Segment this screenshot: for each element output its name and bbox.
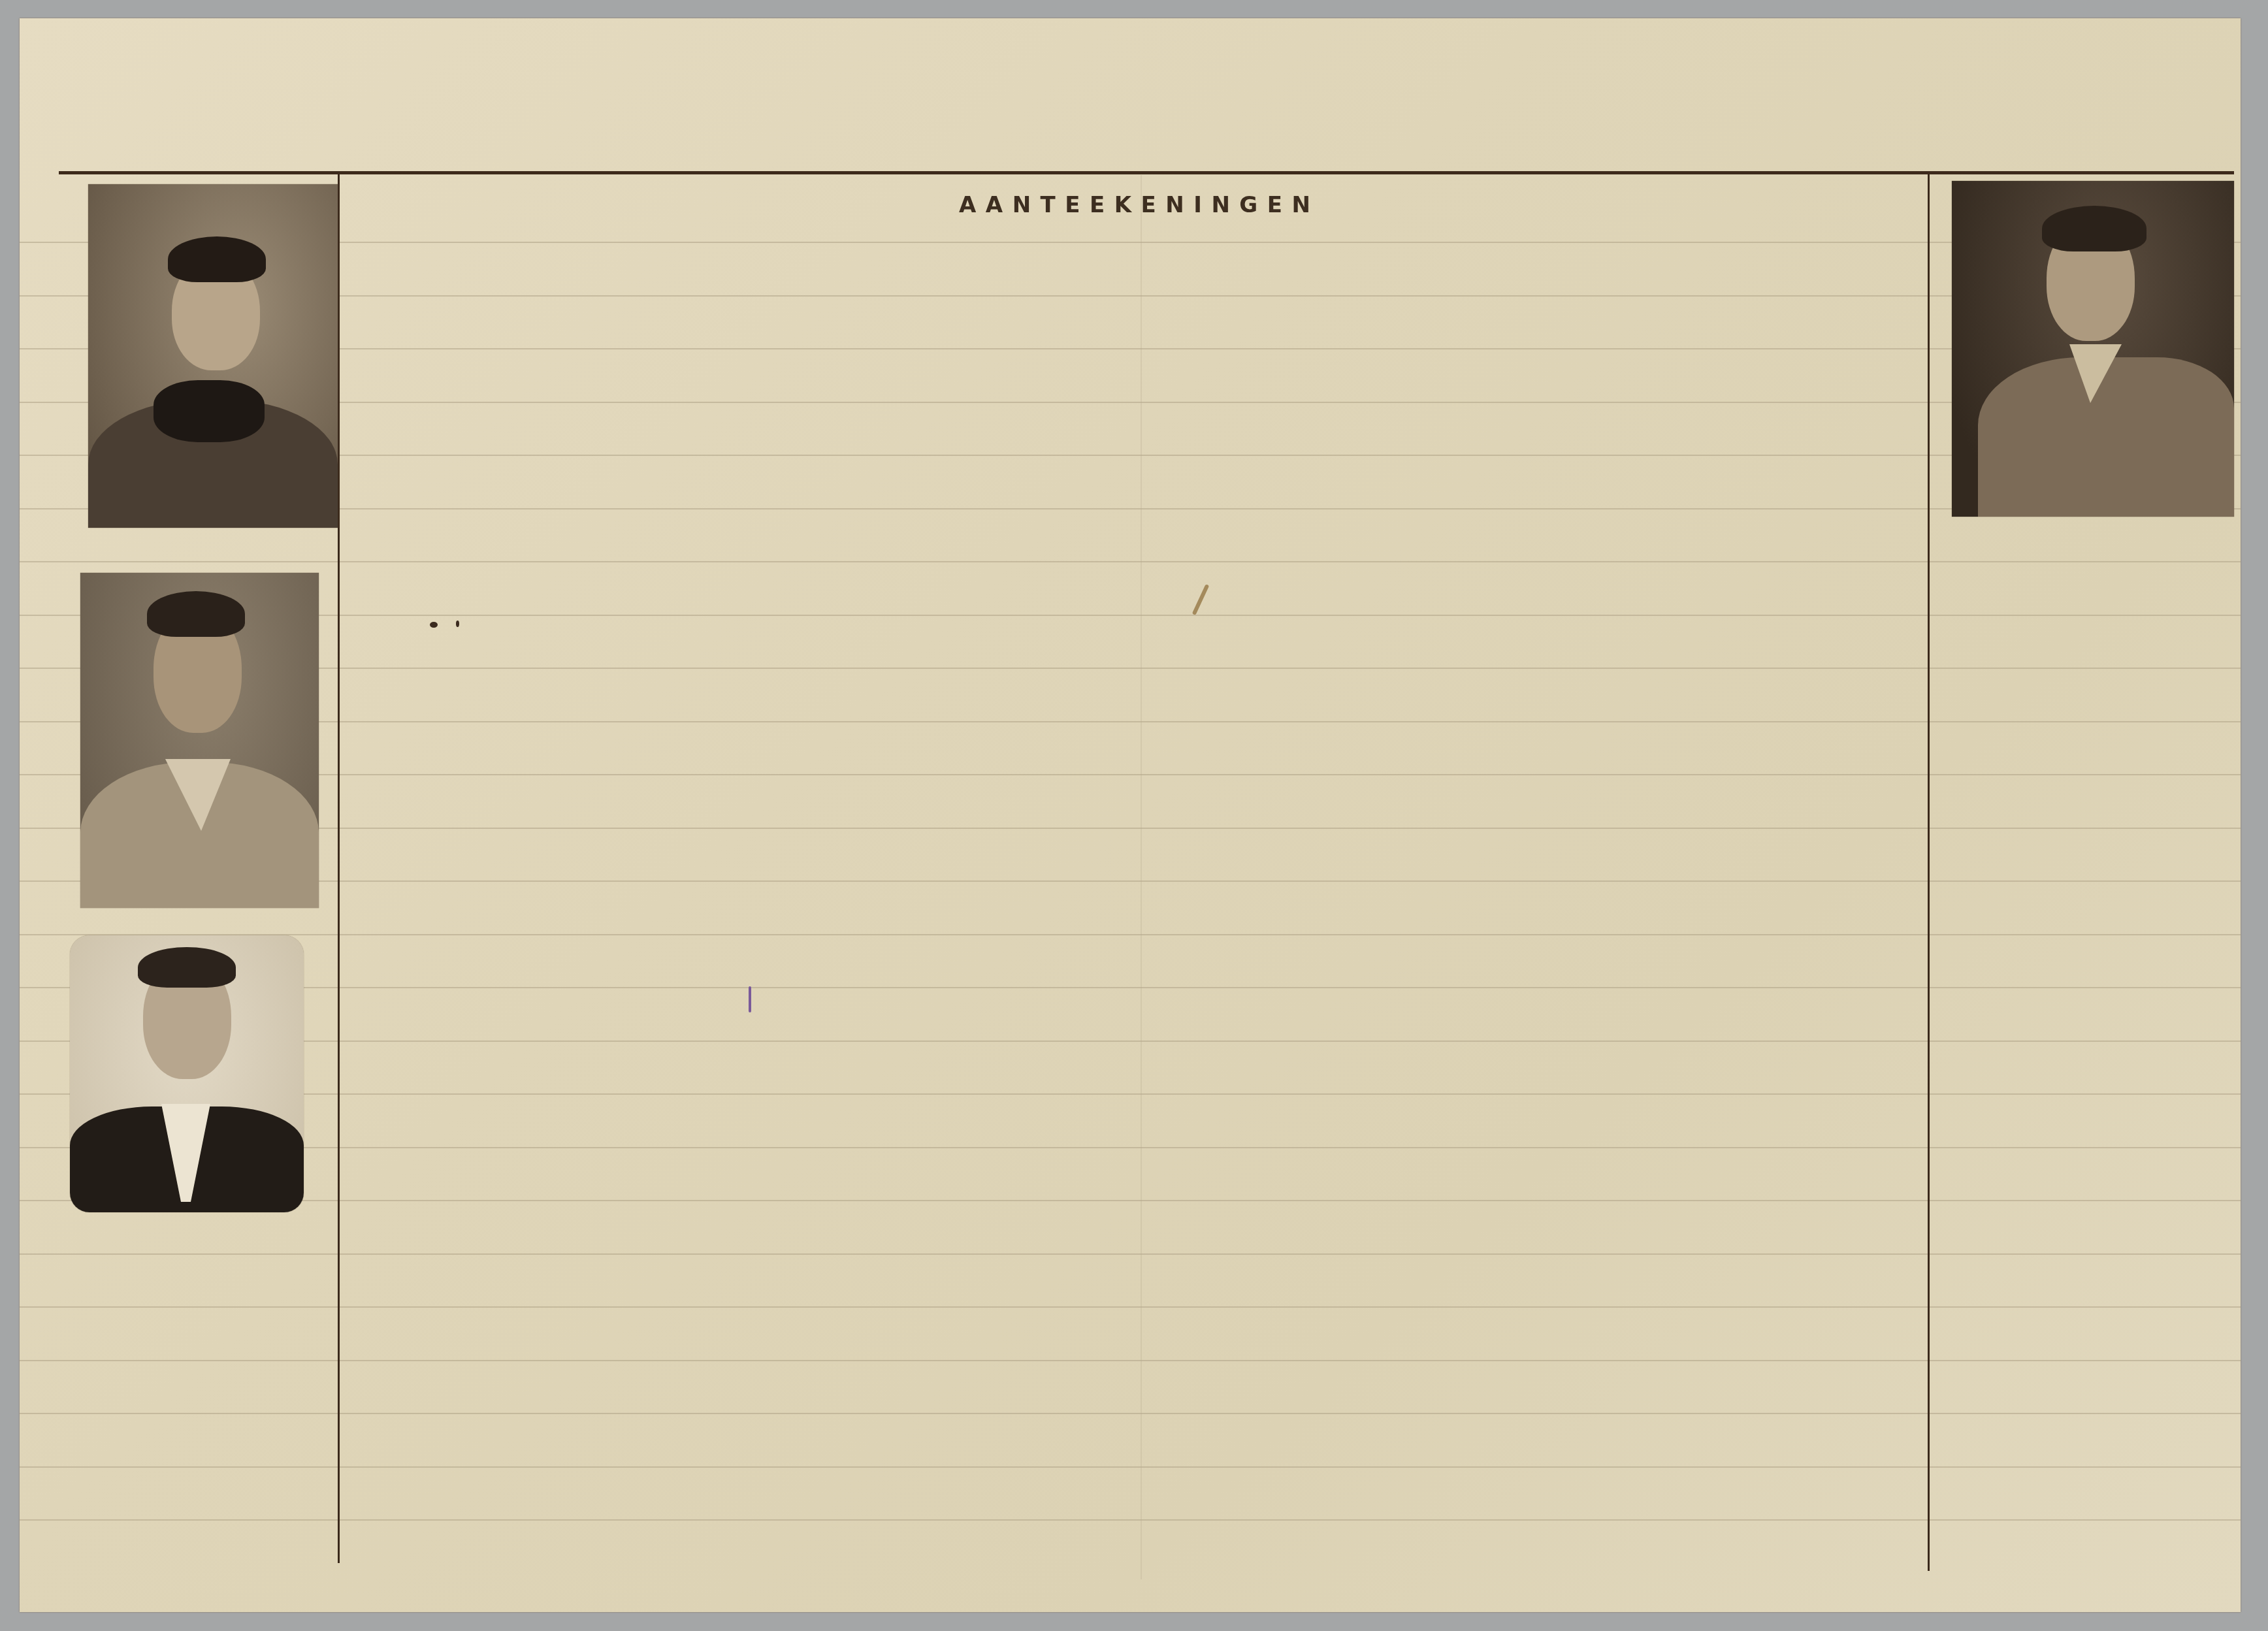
- ruled-line: [20, 295, 2241, 297]
- paper-fold: [1141, 175, 1142, 1579]
- ruled-line: [20, 1466, 2241, 1468]
- ruled-line: [20, 402, 2241, 403]
- notes-heading: AANTEEKENINGEN: [959, 192, 1325, 218]
- stain-mark: [1192, 584, 1210, 615]
- left-column-divider: [338, 174, 340, 1563]
- ink-speck: [430, 622, 438, 628]
- ruled-line: [20, 668, 2241, 669]
- record-card: AANTEEKENINGEN: [20, 18, 2241, 1612]
- ruled-line: [20, 987, 2241, 988]
- ruled-line: [20, 1253, 2241, 1255]
- top-rule: [59, 171, 2234, 174]
- ruled-lines: [20, 18, 2241, 1612]
- portrait-photo-3: [70, 935, 304, 1212]
- ruled-line: [20, 561, 2241, 562]
- ruled-line: [20, 934, 2241, 935]
- ruled-line: [20, 455, 2241, 456]
- ruled-line: [20, 1360, 2241, 1361]
- portrait-photo-4: [1952, 181, 2234, 517]
- ruled-line: [20, 1413, 2241, 1414]
- ruled-line: [20, 1093, 2241, 1095]
- ruled-line: [20, 880, 2241, 882]
- portrait-photo-1: [88, 184, 338, 528]
- ruled-line: [20, 828, 2241, 829]
- ruled-line: [20, 721, 2241, 722]
- ruled-line: [20, 1147, 2241, 1148]
- ink-speck: [456, 621, 459, 627]
- ruled-line: [20, 348, 2241, 349]
- ruled-line: [20, 1306, 2241, 1308]
- ink-mark: [749, 986, 751, 1012]
- ruled-line: [20, 615, 2241, 616]
- portrait-photo-2: [80, 573, 319, 908]
- ruled-line: [20, 508, 2241, 509]
- ruled-line: [20, 1519, 2241, 1521]
- ruled-line: [20, 774, 2241, 775]
- ruled-line: [20, 1041, 2241, 1042]
- ruled-line: [20, 1200, 2241, 1201]
- ruled-line: [20, 242, 2241, 243]
- right-column-divider: [1928, 174, 1930, 1571]
